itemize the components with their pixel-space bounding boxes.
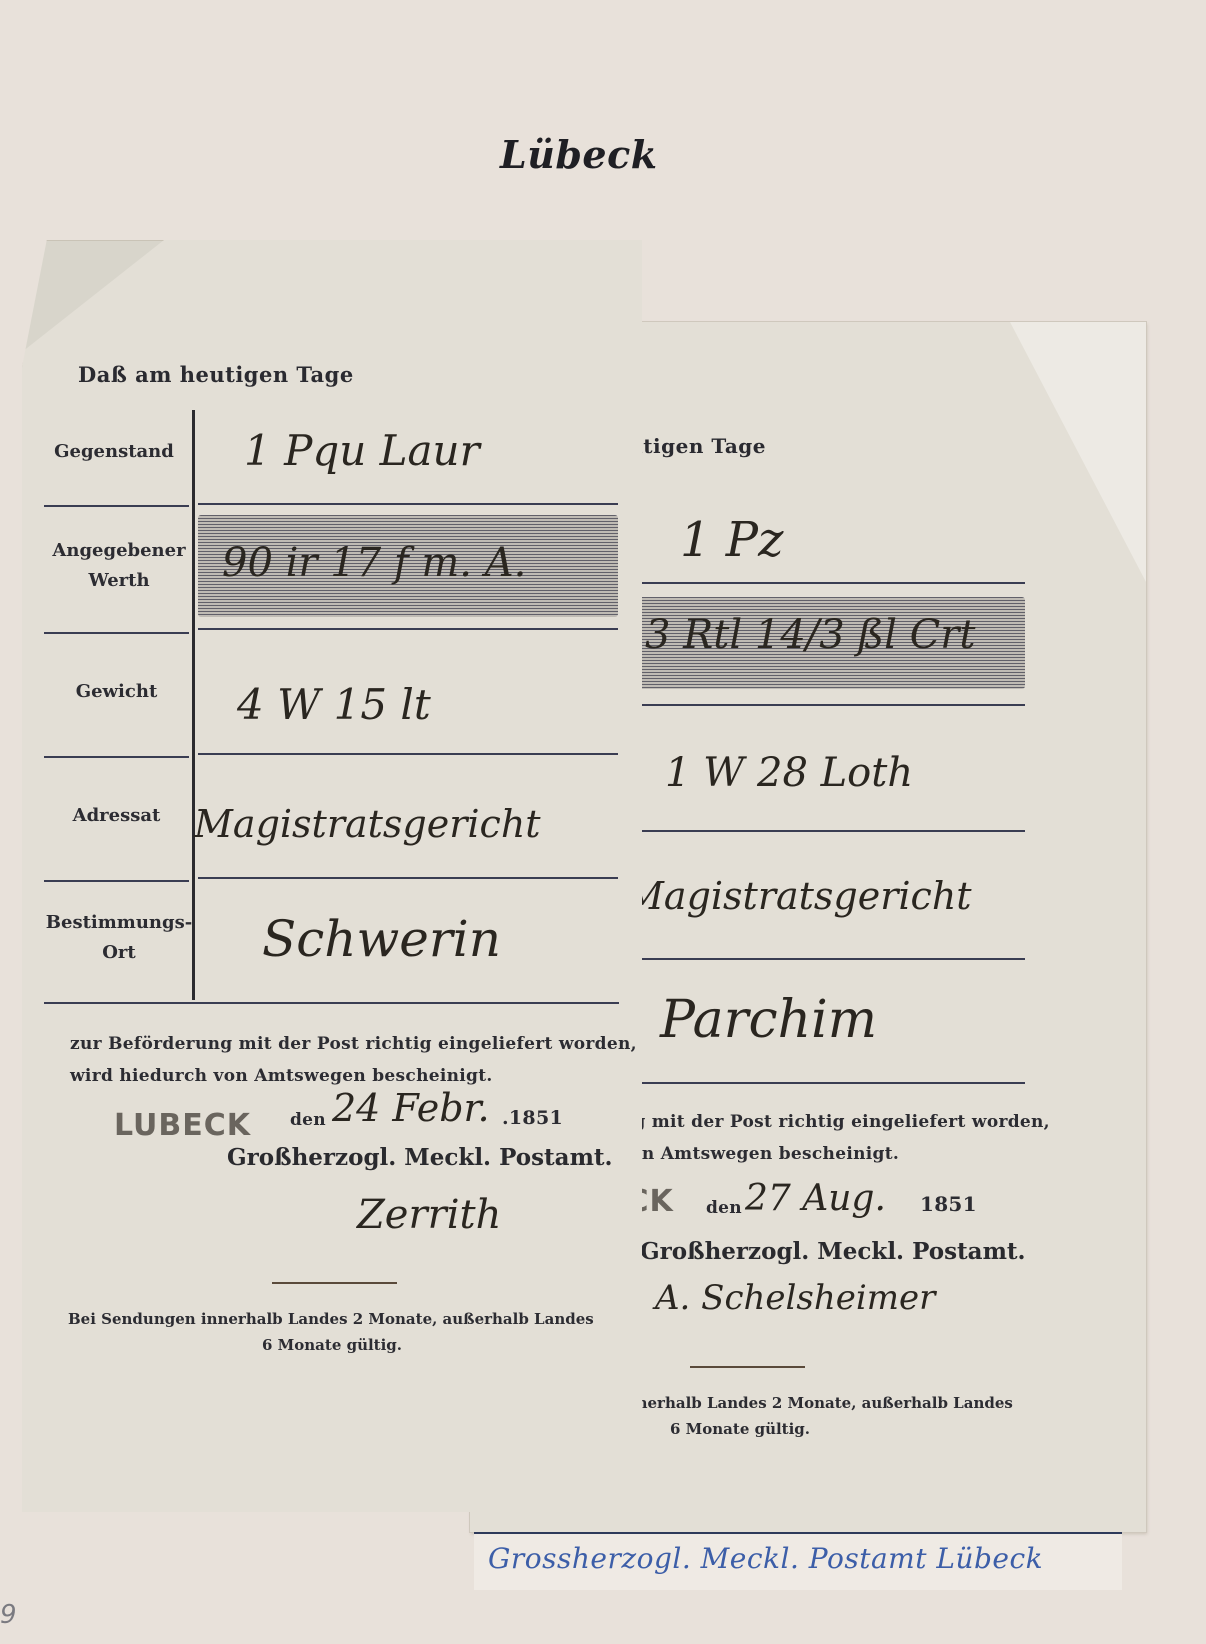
certification-text-line2: von Amtswegen bescheinigt. [620,1138,899,1170]
field-value-gewicht: 4 W 15 lt [237,680,431,729]
field-label-adressat: Adressat [44,800,189,832]
page-title: Lübeck [500,132,658,177]
validity-note-line1: Bei Sendungen innerhalb Landes 2 Monate,… [68,1306,594,1332]
date-prefix: den [290,1104,326,1136]
row-divider [198,503,618,505]
row-divider [615,958,1025,960]
row-divider [198,753,618,755]
row-divider [615,582,1025,584]
caption-label: Grossherzogl. Meckl. Postamt Lübeck [474,1532,1122,1590]
field-value-gewicht: 1 W 28 Loth [665,750,913,796]
validity-note-line1: innerhalb Landes 2 Monate, außerhalb Lan… [620,1390,1013,1416]
field-value-gegenstand: 1 Pz [680,512,783,568]
date-year: .1851 [502,1102,563,1134]
field-value-bestimmungsort: Schwerin [262,910,501,968]
date-handwritten: 24 Febr. [332,1086,490,1130]
row-divider [610,1082,1025,1084]
row-divider [44,756,189,758]
field-label-text: Bestimmungs-Ort [46,912,192,963]
certification-text-line1: zur Beförderung mit der Post richtig ein… [70,1028,637,1060]
field-value-adressat: Magistratsgericht [194,802,541,846]
certification-text-line1: ung mit der Post richtig eingeliefert wo… [608,1106,1050,1138]
row-divider [44,880,189,882]
receipt-sheet-left: Daß am heutigen Tage Gegenstand 1 Pqu La… [22,240,642,1512]
field-label-gegenstand: Gegenstand [44,436,184,468]
date-prefix: den [706,1192,742,1224]
separator-line [272,1282,397,1284]
row-divider [198,877,618,879]
field-value-werth: 90 ir 17 f m. A. [222,540,526,586]
separator-line [690,1366,805,1368]
intro-text: Daß am heutigen Tage [78,362,354,387]
row-divider [615,704,1025,706]
album-page-number: 9 [0,1600,17,1630]
row-divider [44,505,189,507]
validity-note-line2: 6 Monate gültig. [262,1332,402,1358]
row-divider [198,628,618,630]
paper-fold [1010,322,1146,582]
row-divider [615,830,1025,832]
field-value-gegenstand: 1 Pqu Laur [244,426,480,475]
validity-note-line2: 6 Monate gültig. [670,1416,810,1442]
field-label-bestimmungsort: Bestimmungs-Ort [44,908,194,968]
field-label-angegebener-werth: Angegebener Werth [44,536,194,596]
field-value-werth: 3 Rtl 14/3 ßl Crt [645,612,975,658]
mount-corner [22,240,164,352]
date-year: 1851 [920,1188,977,1220]
field-label-text: Angegebener Werth [52,540,185,591]
date-handwritten: 27 Aug. [745,1178,886,1219]
field-value-adressat: Magistratsgericht [625,874,972,918]
row-divider [44,1002,619,1004]
signature: Zerrith [357,1192,501,1238]
caption-text: Grossherzogl. Meckl. Postamt Lübeck [488,1542,1043,1575]
postmark-stamp: LUBECK [114,1108,251,1143]
field-value-bestimmungsort: Parchim [660,990,877,1050]
row-divider [44,632,189,634]
post-office-name: Großherzogl. Meckl. Postamt. [640,1238,1026,1265]
field-label-gewicht: Gewicht [44,676,189,708]
post-office-name: Großherzogl. Meckl. Postamt. [227,1144,613,1171]
signature: A. Schelsheimer [655,1278,935,1318]
